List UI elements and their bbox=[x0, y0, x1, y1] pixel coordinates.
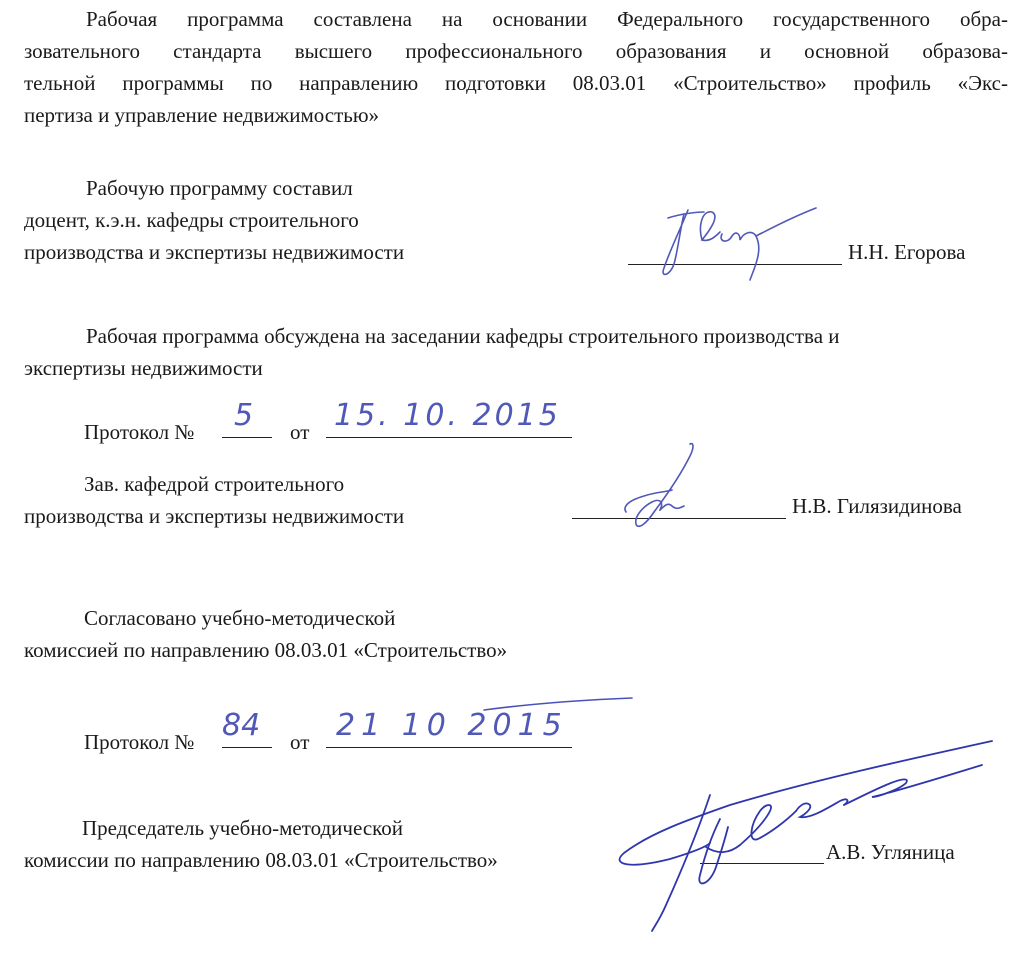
chair-name: А.В. Угляница bbox=[826, 840, 955, 865]
intro-line-4: пертиза и управление недвижимостью» bbox=[24, 99, 1008, 131]
protocol-date-line bbox=[326, 437, 572, 438]
department-line-2: экспертизы недвижимости bbox=[24, 356, 263, 381]
author-line-1: Рабочую программу составил bbox=[86, 176, 353, 201]
head-signature-icon bbox=[600, 440, 740, 535]
author-line-3: производства и экспертизы недвижимости bbox=[24, 240, 404, 265]
commission-date-flourish-icon bbox=[480, 696, 640, 716]
protocol-label: Протокол № bbox=[84, 420, 194, 445]
commission-protocol-date-line bbox=[326, 747, 572, 748]
commission-protocol-number-line bbox=[222, 747, 272, 748]
commission-protocol-label: Протокол № bbox=[84, 730, 194, 755]
protocol-from-label: от bbox=[290, 420, 309, 445]
head-line-2: производства и экспертизы недвижимости bbox=[24, 504, 404, 529]
protocol-number: 5 bbox=[234, 398, 253, 433]
head-line-1: Зав. кафедрой строительного bbox=[84, 472, 344, 497]
commission-protocol-number: 84 bbox=[222, 708, 260, 743]
commission-line-1: Согласовано учебно-методической bbox=[84, 606, 395, 631]
intro-paragraph: Рабочая программа составлена на основани… bbox=[24, 3, 1008, 131]
intro-line-1: Рабочая программа составлена на основани… bbox=[24, 3, 1008, 35]
chair-line-2: комиссии по направлению 08.03.01 «Строит… bbox=[24, 848, 498, 873]
department-line-1: Рабочая программа обсуждена на заседании… bbox=[86, 324, 840, 349]
author-name: Н.Н. Егорова bbox=[848, 240, 965, 265]
head-name: Н.В. Гилязидинова bbox=[792, 494, 962, 519]
chair-line-1: Председатель учебно-методической bbox=[82, 816, 403, 841]
protocol-number-line bbox=[222, 437, 272, 438]
intro-line-2: зовательного стандарта высшего профессио… bbox=[24, 35, 1008, 67]
commission-protocol-from-label: от bbox=[290, 730, 309, 755]
chair-signature-icon bbox=[610, 735, 1010, 935]
author-line-2: доцент, к.э.н. кафедры строительного bbox=[24, 208, 359, 233]
intro-line-3: тельной программы по направлению подгото… bbox=[24, 67, 1008, 99]
protocol-date: 15. 10. 2015 bbox=[334, 398, 561, 433]
commission-line-2: комиссией по направлению 08.03.01 «Строи… bbox=[24, 638, 507, 663]
author-signature-icon bbox=[640, 190, 830, 285]
